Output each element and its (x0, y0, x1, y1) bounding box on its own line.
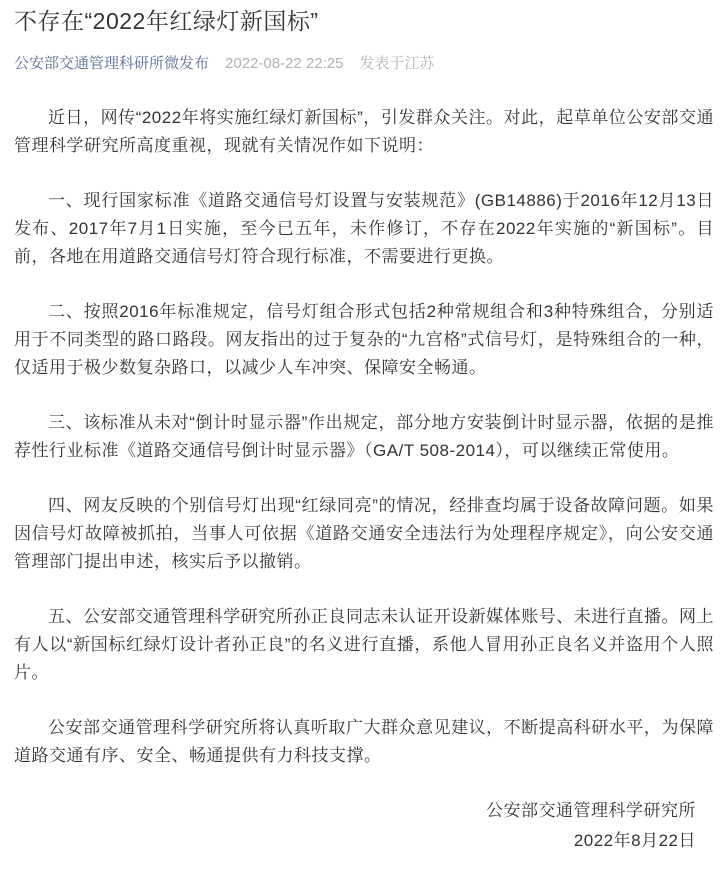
article-paragraph-point-3: 三、该标准从未对“倒计时显示器”作出规定，部分地方安装倒计时显示器，依据的是推荐… (14, 409, 714, 465)
signature-name: 公安部交通管理科学研究所 (14, 797, 714, 825)
article-paragraph-point-5: 五、公安部交通管理科学研究所孙正良同志未认证开设新媒体账号、未进行直播。网上有人… (14, 603, 714, 687)
article-title: 不存在“2022年红绿灯新国标” (14, 6, 714, 36)
article-page: 不存在“2022年红绿灯新国标” 公安部交通管理科研所微发布 2022-08-2… (0, 0, 728, 880)
article-paragraph-point-4: 四、网友反映的个别信号灯出现“红绿同亮”的情况，经排查均属于设备故障问题。如果因… (14, 492, 714, 576)
article-paragraph-point-2: 二、按照2016年标准规定，信号灯组合形式包括2种常规组合和3种特殊组合，分别适… (14, 298, 714, 382)
article-paragraph-point-1: 一、现行国家标准《道路交通信号灯设置与安装规范》(GB14886)于2016年1… (14, 187, 714, 271)
article-byline: 公安部交通管理科研所微发布 2022-08-22 22:25 发表于江苏 (14, 54, 714, 74)
account-name-link[interactable]: 公安部交通管理科研所微发布 (14, 54, 209, 74)
article-paragraph-closing: 公安部交通管理科学研究所将认真听取广大群众意见建议，不断提高科研水平，为保障道路… (14, 714, 714, 770)
publish-location: 发表于江苏 (359, 54, 434, 74)
article-paragraph-intro: 近日，网传“2022年将实施红绿灯新国标”，引发群众关注。对此，起草单位公安部交… (14, 104, 714, 160)
publish-time: 2022-08-22 22:25 (225, 54, 343, 74)
article-body: 近日，网传“2022年将实施红绿灯新国标”，引发群众关注。对此，起草单位公安部交… (14, 104, 714, 855)
signature-date: 2022年8月22日 (14, 827, 714, 855)
